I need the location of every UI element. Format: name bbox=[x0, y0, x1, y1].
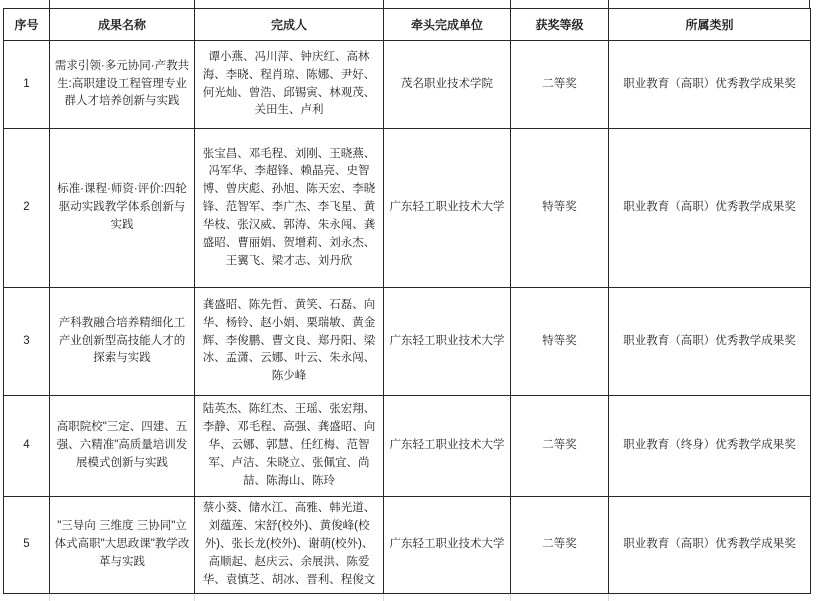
cell-index: 2 bbox=[4, 129, 50, 288]
cell-index: 3 bbox=[4, 288, 50, 396]
cell-unit: 广东轻工职业技术大学 bbox=[384, 497, 511, 594]
table-row: 2 标准·课程·师资·评价:四轮驱动实践教学体系创新与实践 张宝昌、邓毛程、刘刚… bbox=[4, 129, 811, 288]
table-row: 5 "三导向 三维度 三协同"立体式高职"大思政课"教学改革与实践 蔡小葵、储水… bbox=[4, 497, 811, 594]
cell-category: 职业教育（高职）优秀教学成果奖 bbox=[609, 129, 811, 288]
cell-name: 标准·课程·师资·评价:四轮驱动实践教学体系创新与实践 bbox=[50, 129, 195, 288]
cell-completers: 谭小燕、冯川萍、钟庆红、高林海、李晓、程肖琼、陈娜、尹好、何光灿、曾浩、邱锡寅、… bbox=[195, 41, 384, 129]
cell-completers: 龚盛昭、陈先哲、黄笑、石磊、向华、杨铃、赵小娟、栗瑞敏、黄金辉、李俊鹏、曹文良、… bbox=[195, 288, 384, 396]
table-row: 3 产科教融合培养精细化工产业创新型高技能人才的探索与实践 龚盛昭、陈先哲、黄笑… bbox=[4, 288, 811, 396]
grid-tick-top bbox=[809, 0, 810, 8]
cell-award: 二等奖 bbox=[511, 396, 609, 497]
cell-unit: 广东轻工职业技术大学 bbox=[384, 129, 511, 288]
grid-tick-bottom bbox=[194, 593, 195, 601]
grid-tick-bottom bbox=[608, 593, 609, 601]
table-header-row: 序号 成果名称 完成人 牵头完成单位 获奖等级 所属类别 bbox=[4, 9, 811, 41]
cell-category: 职业教育（高职）优秀教学成果奖 bbox=[609, 41, 811, 129]
cell-category: 职业教育（终身）优秀教学成果奖 bbox=[609, 396, 811, 497]
cell-name: 高职院校"三定、四建、五强、六精准"高质量培训发展模式创新与实践 bbox=[50, 396, 195, 497]
cell-category: 职业教育（高职）优秀教学成果奖 bbox=[609, 497, 811, 594]
col-header-category: 所属类别 bbox=[609, 9, 811, 41]
cell-award: 二等奖 bbox=[511, 41, 609, 129]
cell-name: 产科教融合培养精细化工产业创新型高技能人才的探索与实践 bbox=[50, 288, 195, 396]
cell-index: 1 bbox=[4, 41, 50, 129]
cell-award: 特等奖 bbox=[511, 288, 609, 396]
grid-tick-top bbox=[194, 0, 195, 8]
cell-index: 4 bbox=[4, 396, 50, 497]
grid-tick-top bbox=[510, 0, 511, 8]
cell-award: 特等奖 bbox=[511, 129, 609, 288]
col-header-index: 序号 bbox=[4, 9, 50, 41]
grid-tick-top bbox=[383, 0, 384, 8]
cell-award: 二等奖 bbox=[511, 497, 609, 594]
cell-completers: 蔡小葵、储水江、高雅、韩光道、刘蕴莲、宋舒(校外)、黄俊峰(校外)、张长龙(校外… bbox=[195, 497, 384, 594]
table-row: 1 需求引领·多元协同·产教共生:高职建设工程管理专业群人才培养创新与实践 谭小… bbox=[4, 41, 811, 129]
cell-completers: 陆英杰、陈红杰、王瑶、张宏翔、李静、邓毛程、高强、龚盛昭、向华、云娜、郭慧、任红… bbox=[195, 396, 384, 497]
awards-table: 序号 成果名称 完成人 牵头完成单位 获奖等级 所属类别 1 需求引领·多元协同… bbox=[3, 8, 811, 594]
page: 序号 成果名称 完成人 牵头完成单位 获奖等级 所属类别 1 需求引领·多元协同… bbox=[0, 0, 816, 601]
cell-name: "三导向 三维度 三协同"立体式高职"大思政课"教学改革与实践 bbox=[50, 497, 195, 594]
col-header-completers: 完成人 bbox=[195, 9, 384, 41]
grid-tick-bottom bbox=[510, 593, 511, 601]
cell-name: 需求引领·多元协同·产教共生:高职建设工程管理专业群人才培养创新与实践 bbox=[50, 41, 195, 129]
cell-completers: 张宝昌、邓毛程、刘刚、王晓燕、冯军华、李超锋、赖晶亮、史智博、曾庆彪、孙旭、陈天… bbox=[195, 129, 384, 288]
grid-tick-bottom bbox=[49, 593, 50, 601]
col-header-unit: 牵头完成单位 bbox=[384, 9, 511, 41]
grid-tick-top bbox=[608, 0, 609, 8]
grid-tick-bottom bbox=[383, 593, 384, 601]
cell-unit: 广东轻工职业技术大学 bbox=[384, 288, 511, 396]
table-row: 4 高职院校"三定、四建、五强、六精准"高质量培训发展模式创新与实践 陆英杰、陈… bbox=[4, 396, 811, 497]
cell-unit: 茂名职业技术学院 bbox=[384, 41, 511, 129]
col-header-name: 成果名称 bbox=[50, 9, 195, 41]
cell-index: 5 bbox=[4, 497, 50, 594]
grid-tick-top bbox=[49, 0, 50, 8]
col-header-award: 获奖等级 bbox=[511, 9, 609, 41]
cell-category: 职业教育（高职）优秀教学成果奖 bbox=[609, 288, 811, 396]
cell-unit: 广东轻工职业技术大学 bbox=[384, 396, 511, 497]
